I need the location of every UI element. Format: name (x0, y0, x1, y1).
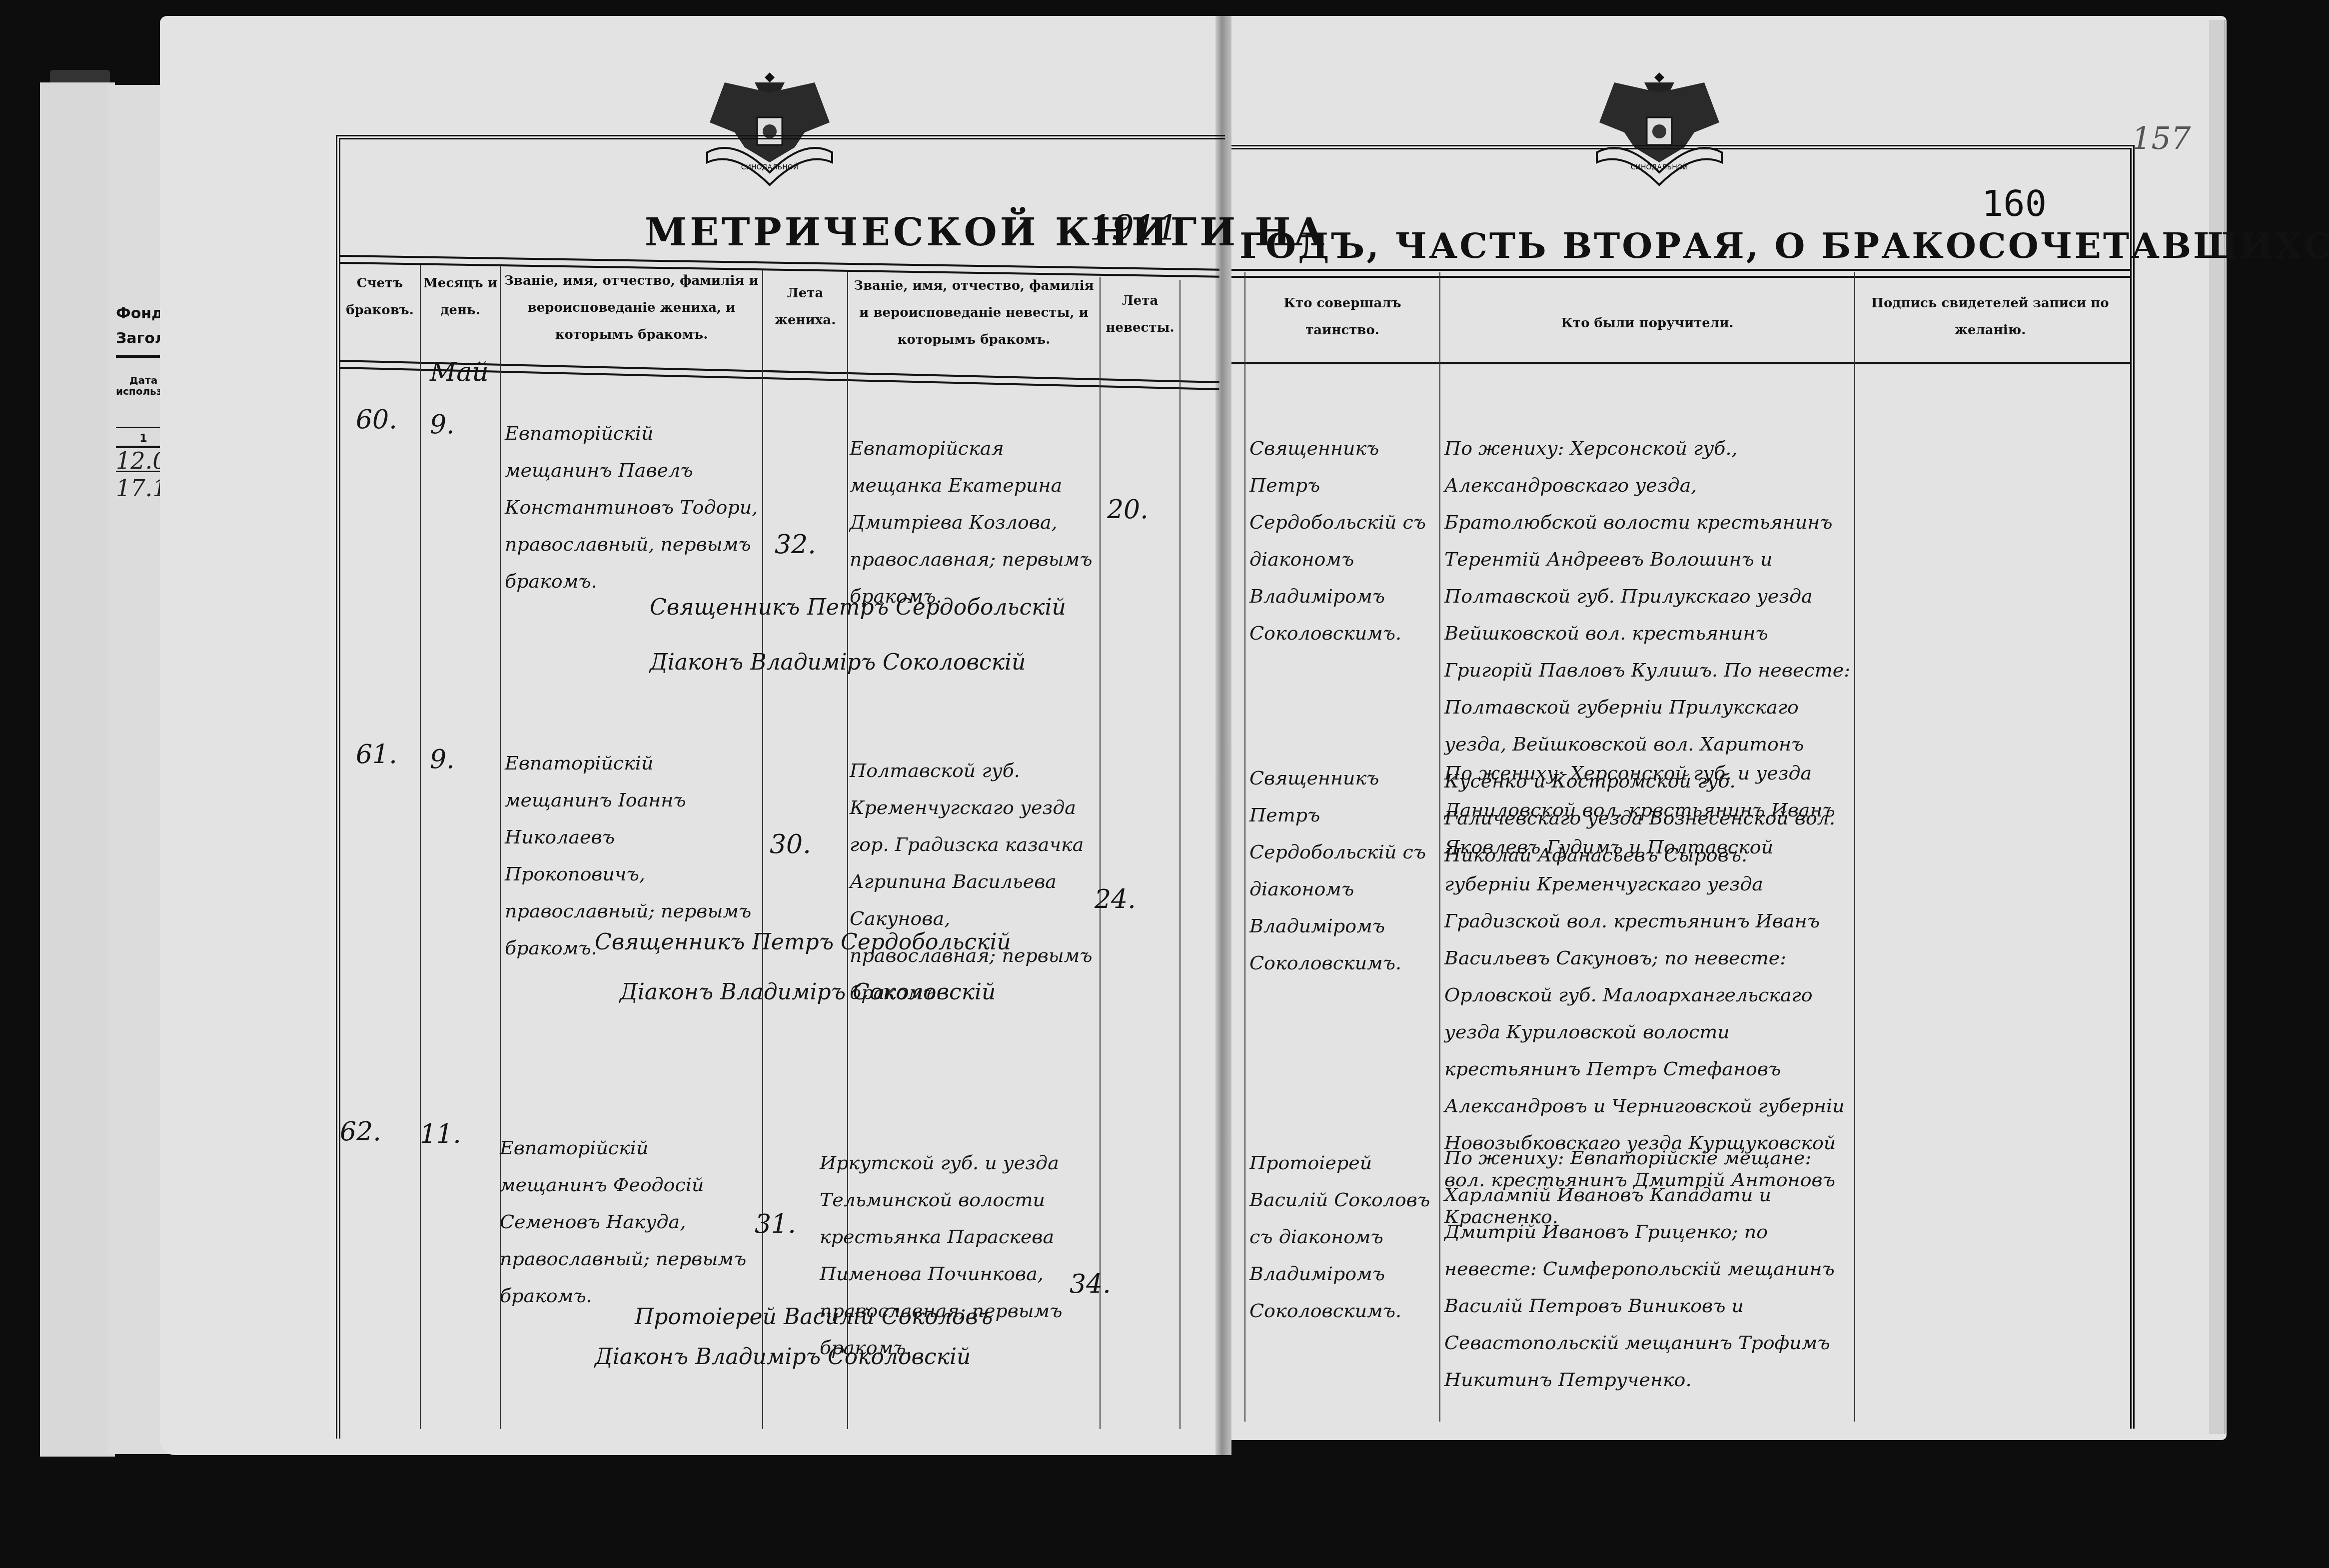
signature-deacon: Дiаконъ Владимiръ Соколовскiй (595, 1344, 971, 1370)
col-header-bride: Званiе, имя, отчество, фамилiя и вероисп… (848, 272, 1100, 353)
col-header-officiant: Кто совершалъ таинство. (1245, 290, 1439, 344)
bride-details: Иркутской губ. и уезда Тельминской волос… (820, 1144, 1067, 1366)
officiant: Священникъ Петръ Сердобольскiй съ дiакон… (1249, 760, 1437, 981)
signature-priest: Протоiерей Василiй Соколовъ (635, 1304, 993, 1330)
record-number: 60. (356, 405, 397, 435)
month-label: Май (430, 357, 489, 387)
col-header-sureties: Кто были поручители. (1440, 310, 1854, 337)
col-header-marriage-no: Счетъ браковъ. (340, 270, 420, 324)
groom-age: 32. (775, 530, 816, 560)
signature-priest: Священникъ Петръ Сердобольскiй (650, 595, 1066, 620)
page-title-right: ГОДЪ, ЧАСТЬ ВТОРАЯ, О БРАКОСОЧЕТАВШИХСЯ. (1239, 225, 2329, 266)
groom-age: 31. (755, 1209, 796, 1239)
officiant: Протоiерей Василiй Соколовъ съ дiакономъ… (1249, 1144, 1437, 1329)
officiant: Священникъ Петръ Сердобольскiй съ дiакон… (1249, 430, 1437, 652)
signature-priest: Священникъ Петръ Сердобольскiй (595, 929, 1011, 955)
col-header-bride-age: Лета невесты. (1101, 287, 1179, 341)
column-divider (1854, 272, 1855, 1422)
bride-age: 24. (1095, 884, 1136, 914)
bride-age: 20. (1107, 495, 1149, 525)
col-header-witness-signatures: Подпись свидетелей записи по желанiю. (1855, 290, 2125, 344)
column-divider (1100, 277, 1101, 1429)
year-handwritten: 1911 (1090, 207, 1178, 248)
header-rule (1231, 362, 2130, 366)
column-divider (1179, 280, 1180, 1429)
archive-page-number: 157 (2132, 120, 2191, 156)
column-divider (420, 265, 421, 1429)
archive-slip (40, 82, 115, 1457)
record-day: 11. (420, 1119, 461, 1149)
groom-details: Евпаторiйскiй мещанинъ Феодосiй Семеновъ… (500, 1129, 757, 1314)
col-header-month-day: Месяцъ и день. (421, 270, 500, 324)
record-number: 62. (340, 1117, 381, 1147)
column-divider (1244, 272, 1245, 1422)
record-number: 61. (356, 740, 397, 770)
signature-deacon: Дiаконъ Владимiръ Соколовскiй (620, 979, 996, 1005)
page-number: 160 (1982, 182, 2047, 224)
col-header-groom-age: Лета жениха. (763, 280, 847, 334)
column-divider (762, 270, 763, 1429)
signature-deacon: Дiаконъ Владимiръ Соколовскiй (650, 650, 1026, 675)
column-divider (1439, 272, 1440, 1422)
bride-details: Полтавской губ. Кременчугскаго уезда гор… (850, 752, 1097, 1011)
sureties: По жениху: Евпаторiйскiе мещане: Харламп… (1444, 1139, 1852, 1398)
bride-details: Евпаторiйская мещанка Екатерина Дмитрiев… (850, 430, 1097, 615)
record-day: 9. (430, 745, 455, 775)
groom-age: 30. (770, 829, 811, 859)
header-rule (1231, 269, 2130, 278)
record-day: 9. (430, 410, 455, 440)
page-title-left: МЕТРИЧЕСКОЙ КНИГИ НА (645, 210, 1327, 254)
bride-age: 34. (1070, 1269, 1111, 1299)
groom-details: Евпаторiйскiй мещанинъ Павелъ Константин… (505, 415, 760, 600)
col-header-groom: Званiе, имя, отчество, фамилiя и вероисп… (501, 267, 762, 348)
